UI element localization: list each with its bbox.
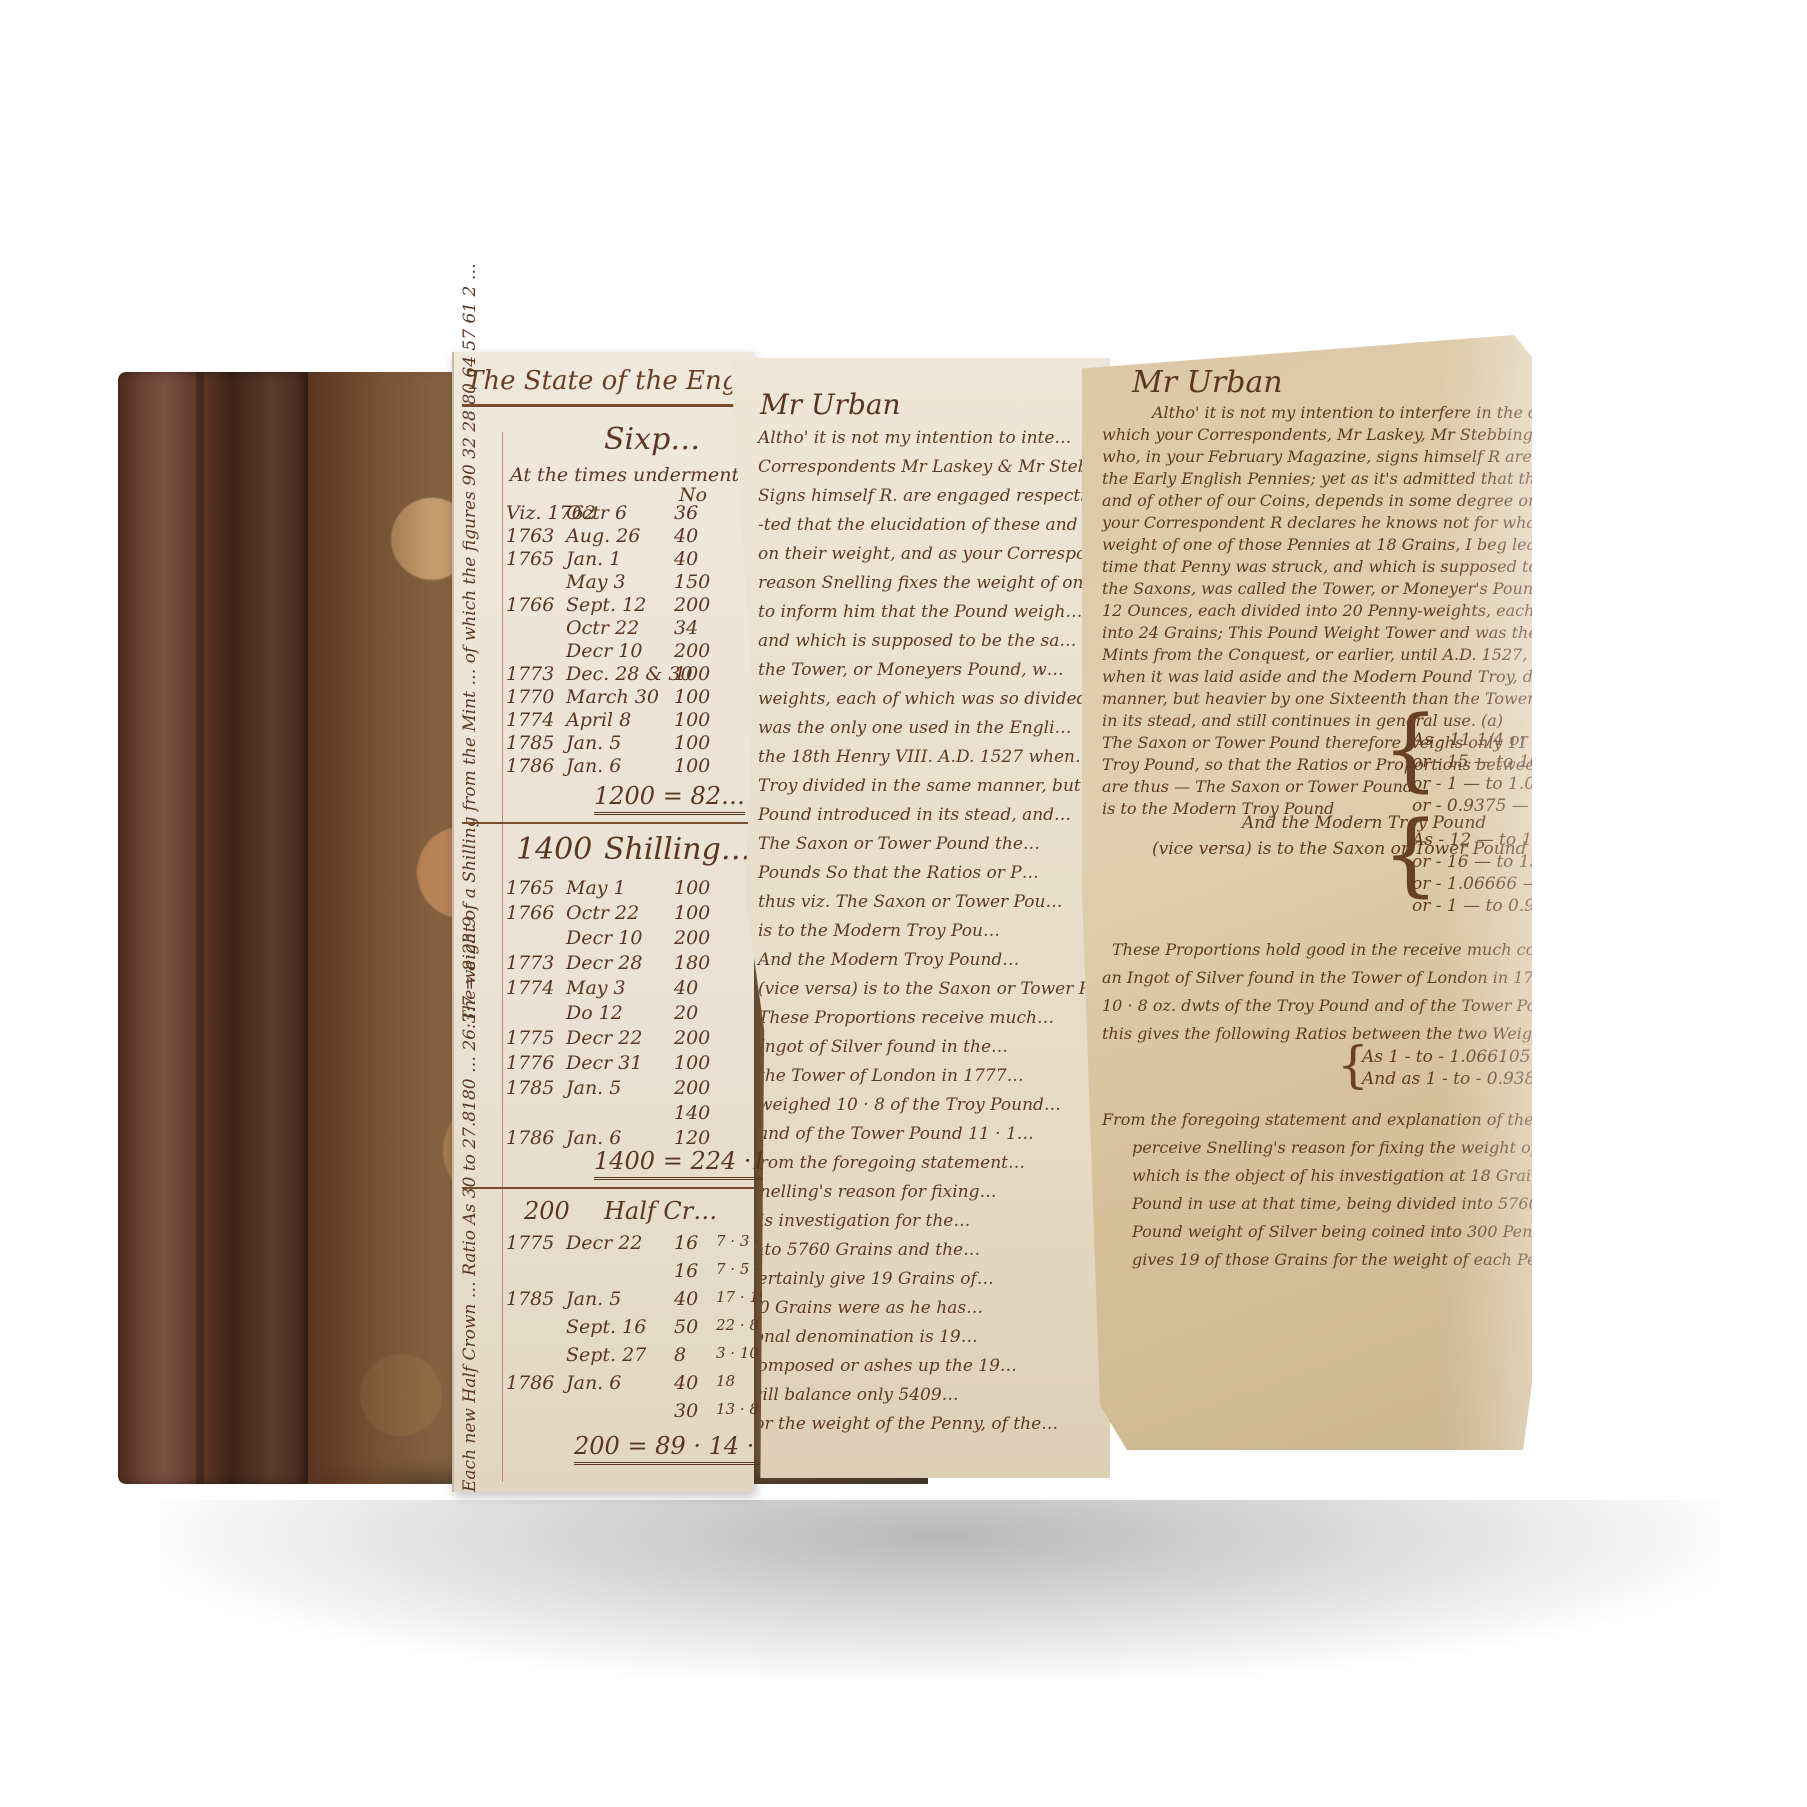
fair-copy-letter: Mr Urban Altho' it is not my intention t… (1082, 335, 1532, 1450)
letter-line: From the foregoing statement and explana… (1102, 1110, 1690, 1129)
row-count: 40 (674, 525, 698, 547)
row-count: 120 (674, 1127, 710, 1149)
letter-line: 12 Ounces, each divided into 20 Penny-we… (1102, 601, 1738, 620)
section-heading: Half Cr… (604, 1197, 717, 1225)
photo-background: The State of the Engli… The weight of a … (0, 0, 1807, 1807)
row-year: 1766 (506, 902, 554, 924)
letter-line: Troy divided in the same manner, but… (758, 776, 1098, 796)
row-date: Decr 22 (566, 1027, 642, 1049)
row-date: Sept. 16 (566, 1316, 646, 1338)
row-date: May 3 (566, 977, 626, 999)
letter-line: the Saxons, was called the Tower, or Mon… (1102, 579, 1687, 598)
letter-line: weight of one of those Pennies at 18 Gra… (1102, 535, 1739, 554)
row-year: 1774 (506, 977, 554, 999)
leather-corner-strip (308, 372, 428, 1484)
row-date: Jan. 6 (566, 1127, 621, 1149)
row-count: 100 (674, 755, 710, 777)
row-date: Octr 22 (566, 902, 639, 924)
letter-line: Pound introduced in its stead, and… (758, 805, 1071, 825)
row-date: Jan. 5 (566, 1077, 621, 1099)
row-date: Decr 22 (566, 1232, 642, 1254)
row-year: 1763 (506, 525, 554, 547)
row-count: 200 (674, 927, 710, 949)
row-year: 1765 (506, 877, 554, 899)
drop-shadow (160, 1500, 1720, 1680)
row-count: 16 (674, 1260, 698, 1282)
row-count: 40 (674, 1288, 698, 1310)
row-count: 100 (674, 902, 710, 924)
row-date: Decr 10 (566, 927, 642, 949)
row-weight: 18 (716, 1372, 735, 1390)
row-date: Sept. 12 (566, 594, 646, 616)
row-year: 1766 (506, 594, 554, 616)
section-total: 1200 = 82… (594, 782, 745, 815)
section-heading: Shilling… (604, 832, 751, 867)
row-year: 1773 (506, 663, 554, 685)
row-year: 1786 (506, 1127, 554, 1149)
row-year: 1786 (506, 1372, 554, 1394)
row-count: 34 (674, 617, 698, 639)
row-year: 1775 (506, 1232, 554, 1254)
row-count: 20 (674, 1002, 698, 1024)
row-year: 1765 (506, 548, 554, 570)
letter-line: Altho' it is not my intention to interfe… (1152, 403, 1638, 422)
letter-line: 10 · 8 oz. dwts of the Troy Pound and of… (1102, 996, 1654, 1015)
ledger-sheet: The State of the Engli… The weight of a … (452, 352, 754, 1492)
row-date: Octr 6 (566, 502, 627, 524)
letter-line: -ted that the elucidation of these and o… (758, 515, 1128, 535)
row-count: 200 (674, 1027, 710, 1049)
letter-line: for the weight of the Penny, of the… (748, 1414, 1058, 1434)
letter-line: are thus — The Saxon or Tower Pound (1102, 777, 1413, 796)
letter-line: perceive Snelling's reason for fixing th… (1132, 1138, 1660, 1157)
row-count: 8 (674, 1344, 686, 1366)
row-date: Jan. 5 (566, 1288, 621, 1310)
row-year: 1786 (506, 755, 554, 777)
row-count: 40 (674, 548, 698, 570)
letter-line: And the Modern Troy Pound… (758, 950, 1019, 970)
row-date: Octr 22 (566, 617, 639, 639)
row-count: 100 (674, 1052, 710, 1074)
letter-line: Altho' it is not my intention to inte… (758, 428, 1071, 448)
letter-line: into 5760 Grains and the… (748, 1240, 980, 1260)
row-date: April 8 (566, 709, 631, 731)
row-count: 200 (674, 640, 710, 662)
row-date: May 1 (566, 877, 626, 899)
vertical-note-2: Each new Half Crown … Ratio As 30 to 27.… (460, 1072, 500, 1492)
letter-line: composed or ashes up the 19… (748, 1356, 1017, 1376)
letter-line: certainly give 19 Grains of… (748, 1269, 994, 1289)
row-date: May 3 (566, 571, 626, 593)
letter-line: the Early English Pennies; yet as it's a… (1102, 469, 1710, 488)
section-total: 1400 = 224 ·1… (594, 1147, 791, 1180)
letter-line: and of the Tower Pound 11 · 1… (758, 1124, 1034, 1144)
letter-line: thus viz. The Saxon or Tower Pou… (758, 892, 1062, 912)
row-date: Do 12 (566, 1002, 623, 1024)
row-date: Decr 10 (566, 640, 642, 662)
letter-line: your Correspondent R declares he knows n… (1102, 513, 1748, 532)
row-count: 40 (674, 977, 698, 999)
letter-line: From the foregoing statement… (748, 1153, 1025, 1173)
row-count: 180 (674, 952, 710, 974)
row-year: 1773 (506, 952, 554, 974)
margin-line (502, 432, 503, 1482)
letter-line: which is the object of his investigation… (1132, 1166, 1669, 1185)
section-rule (462, 1187, 754, 1189)
row-year: 1785 (506, 1077, 554, 1099)
letter-line: The Saxon or Tower Pound the… (758, 834, 1040, 854)
letter-line: weights, each of which was so divided… (758, 689, 1104, 709)
row-date: Sept. 27 (566, 1344, 646, 1366)
letter-line: weighed 10 · 8 of the Troy Pound… (758, 1095, 1061, 1115)
letter-line: -onal denomination is 19… (748, 1327, 978, 1347)
letter-line: and which is supposed to be the sa… (758, 631, 1076, 651)
section-heading: Sixp… (604, 422, 700, 457)
row-count: 100 (674, 709, 710, 731)
row-year: 1775 (506, 1027, 554, 1049)
row-date: March 30 (566, 686, 659, 708)
row-date: Aug. 26 (566, 525, 640, 547)
row-count: 16 (674, 1232, 698, 1254)
letter-line: Pound weight of Silver being coined into… (1132, 1222, 1628, 1241)
draft-letter: Mr Urban Altho' it is not my intention t… (730, 358, 1110, 1478)
letter-line: Ingot of Silver found in the… (758, 1037, 1008, 1057)
letter-line: who, in your February Magazine, signs hi… (1102, 447, 1698, 466)
letter-line: into 24 Grains; This Pound Weight Tower … (1102, 623, 1773, 642)
letter-line: (vice versa) is to the Saxon or Tower P… (758, 979, 1107, 999)
letter-line: 60 Grains were as he has… (748, 1298, 983, 1318)
salutation: Mr Urban (1132, 365, 1283, 400)
letter-line: the Tower, or Moneyers Pound, w… (758, 660, 1064, 680)
title-rule (462, 404, 754, 407)
row-count: 150 (674, 571, 710, 593)
section-count: 1400 (516, 832, 592, 867)
salutation: Mr Urban (760, 388, 901, 421)
spine-band (196, 372, 204, 1484)
letter-line: the Tower of London in 1777… (758, 1066, 1024, 1086)
letter-line: was the only one used in the Engli… (758, 718, 1072, 738)
section-rule (462, 822, 754, 824)
letter-line: his investigation for the… (748, 1211, 970, 1231)
letter-line: will balance only 5409… (748, 1385, 959, 1405)
letter-line: when it was laid aside and the Modern Po… (1102, 667, 1681, 686)
row-year: 1770 (506, 686, 554, 708)
letter-line: the 18th Henry VIII. A.D. 1527 when… (758, 747, 1092, 767)
row-count: 200 (674, 1077, 710, 1099)
row-count: 100 (674, 686, 710, 708)
letter-line: Pound in use at that time, being divided… (1132, 1194, 1669, 1213)
leather-spine (118, 372, 308, 1484)
row-count: 40 (674, 1372, 698, 1394)
row-count: 100 (674, 663, 710, 685)
light-glare (1442, 335, 1532, 1450)
row-count: 100 (674, 877, 710, 899)
row-year: 1785 (506, 732, 554, 754)
letter-line: These Proportions hold good in the recei… (1112, 940, 1664, 959)
letter-line: Signs himself R. are engaged respecting… (758, 486, 1125, 506)
letter-line: Pounds So that the Ratios or P… (758, 863, 1039, 883)
row-count: 36 (674, 502, 698, 524)
row-date: Decr 28 (566, 952, 642, 974)
row-date: Decr 31 (566, 1052, 642, 1074)
row-year: 1776 (506, 1052, 554, 1074)
letter-line: gives 19 of those Grains for the weight … (1132, 1250, 1622, 1269)
row-date: Jan. 6 (566, 755, 621, 777)
letter-line: to inform him that the Pound weigh… (758, 602, 1082, 622)
letter-line: and of other of our Coins, depends in so… (1102, 491, 1715, 510)
row-count: 50 (674, 1316, 698, 1338)
row-year: 1785 (506, 1288, 554, 1310)
row-count: 30 (674, 1400, 698, 1422)
row-count: 140 (674, 1102, 710, 1124)
row-date: Jan. 1 (566, 548, 621, 570)
row-year: 1774 (506, 709, 554, 731)
row-date: Jan. 5 (566, 732, 621, 754)
row-count: 200 (674, 594, 710, 616)
letter-line: Mints from the Conquest, or earlier, unt… (1102, 645, 1649, 664)
letter-line: reason Snelling fixes the weight of one… (758, 573, 1110, 593)
letter-line: These Proportions receive much… (758, 1008, 1054, 1028)
letter-line: is to the Modern Troy Pou… (758, 921, 1000, 941)
letter-line: Snelling's reason for fixing… (748, 1182, 996, 1202)
section-count: 200 (524, 1197, 570, 1225)
letter-line: an Ingot of Silver found in the Tower of… (1102, 968, 1686, 987)
row-count: 100 (674, 732, 710, 754)
letter-line: time that Penny was struck, and which is… (1102, 557, 1770, 576)
letter-line: which your Correspondents, Mr Laskey, Mr… (1102, 425, 1711, 444)
row-date: Jan. 6 (566, 1372, 621, 1394)
